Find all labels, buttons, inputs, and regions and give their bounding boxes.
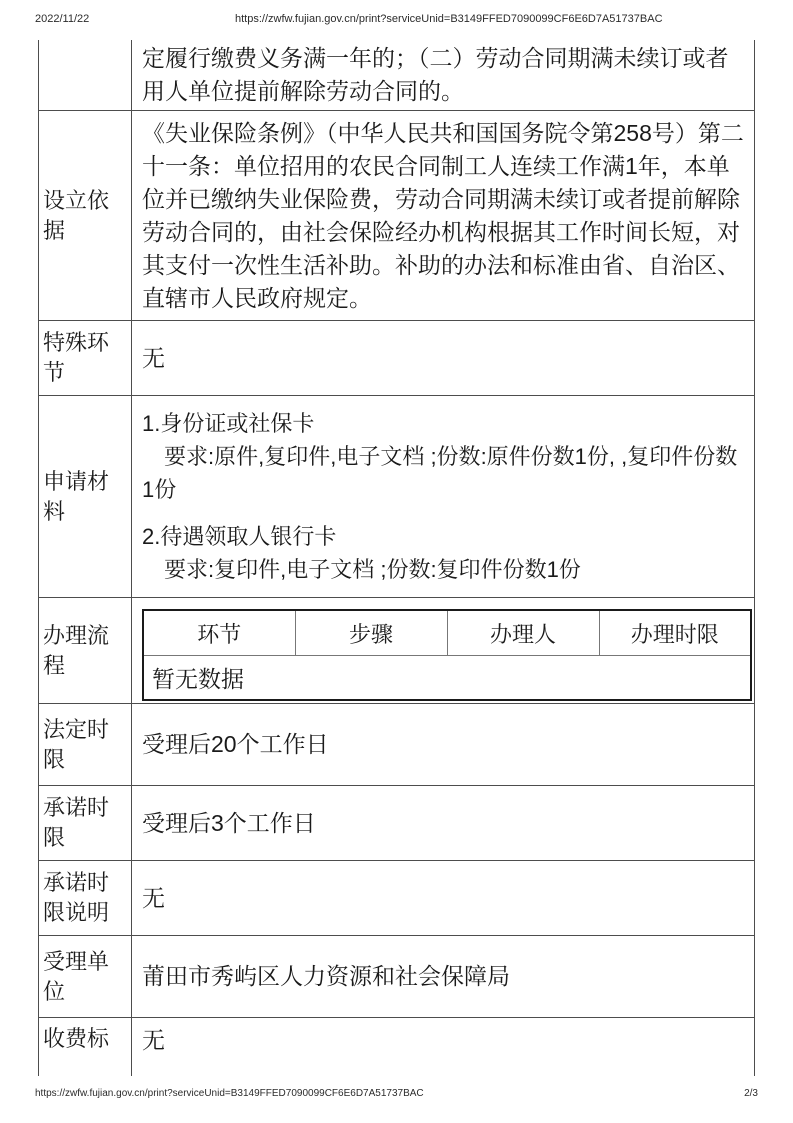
row-label-legal-basis: 设立依据 [39,111,132,321]
print-url-footer: https://zwfw.fujian.gov.cn/print?service… [35,1088,424,1099]
row-label-accepting-authority: 受理单位 [39,936,132,1018]
table-row-fee-standard: 收费标准 无 [39,1018,755,1076]
row-value-statutory-time-limit: 受理后20个工作日 [132,704,755,786]
service-detail-table: 定履行缴费义务满一年的；（二）劳动合同期满未续订或者用人单位提前解除劳动合同的。… [38,40,755,1076]
row-value-legal-basis: 《失业保险条例》（中华人民共和国国务院令第258号）第二十一条：单位招用的农民合… [132,111,755,321]
row-label-application-materials: 申请材料 [39,396,132,598]
row-value-application-materials: 1.身份证或社保卡 要求:原件,复印件,电子文档 ;份数:原件份数1份, ,复印… [132,396,755,598]
table-row-statutory-time-limit: 法定时限 受理后20个工作日 [39,704,755,786]
material-requirement: 要求:复印件,电子文档 ;份数:复印件份数1份 [142,553,746,586]
flow-header-step: 环节 [143,610,295,656]
process-flow-table: 环节 步骤 办理人 办理时限 暂无数据 [142,609,752,701]
row-label-special-procedure: 特殊环节 [39,321,132,396]
table-row-special-procedure: 特殊环节 无 [39,321,755,396]
flow-header-procedure: 步骤 [295,610,447,656]
row-value-continued-text: 定履行缴费义务满一年的；（二）劳动合同期满未续订或者用人单位提前解除劳动合同的。 [132,40,755,111]
flow-header-handler: 办理人 [447,610,599,656]
table-row-continued: 定履行缴费义务满一年的；（二）劳动合同期满未续订或者用人单位提前解除劳动合同的。 [39,40,755,111]
printed-page: 2022/11/22 https://zwfw.fujian.gov.cn/pr… [0,0,793,1123]
page-number: 2/3 [744,1088,758,1099]
row-label-promised-time-limit-note: 承诺时限说明 [39,861,132,936]
material-name: 2.待遇领取人银行卡 [142,520,746,553]
table-row-legal-basis: 设立依据 《失业保险条例》（中华人民共和国国务院令第258号）第二十一条：单位招… [39,111,755,321]
material-item: 1.身份证或社保卡 要求:原件,复印件,电子文档 ;份数:原件份数1份, ,复印… [142,407,746,506]
table-row-process-flow: 办理流程 环节 步骤 办理人 办理时限 暂无数据 [39,598,755,704]
table-row-application-materials: 申请材料 1.身份证或社保卡 要求:原件,复印件,电子文档 ;份数:原件份数1份… [39,396,755,598]
print-date: 2022/11/22 [35,13,89,25]
row-value-promised-time-limit: 受理后3个工作日 [132,786,755,861]
row-value-promised-time-limit-note: 无 [132,861,755,936]
flow-header-time-limit: 办理时限 [599,610,751,656]
row-label-statutory-time-limit: 法定时限 [39,704,132,786]
print-header: 2022/11/22 https://zwfw.fujian.gov.cn/pr… [0,13,793,29]
material-name: 1.身份证或社保卡 [142,407,746,440]
row-value-special-procedure: 无 [132,321,755,396]
row-label-fee-standard: 收费标准 [39,1018,132,1076]
row-label-empty [39,40,132,111]
material-requirement: 要求:原件,复印件,电子文档 ;份数:原件份数1份, ,复印件份数1份 [142,440,746,506]
table-row-promised-time-limit: 承诺时限 受理后3个工作日 [39,786,755,861]
table-row-promised-time-limit-note: 承诺时限说明 无 [39,861,755,936]
row-value-fee-standard: 无 [132,1018,755,1076]
row-label-fee-standard-text: 收费标准 [43,1024,129,1054]
print-url-header: https://zwfw.fujian.gov.cn/print?service… [235,13,663,25]
flow-empty-text: 暂无数据 [143,656,751,701]
row-value-accepting-authority: 莆田市秀屿区人力资源和社会保障局 [132,936,755,1018]
flow-header-row: 环节 步骤 办理人 办理时限 [143,610,751,656]
row-value-process-flow: 环节 步骤 办理人 办理时限 暂无数据 [132,598,755,704]
print-footer: https://zwfw.fujian.gov.cn/print?service… [0,1088,793,1102]
flow-empty-row: 暂无数据 [143,656,751,701]
material-item: 2.待遇领取人银行卡 要求:复印件,电子文档 ;份数:复印件份数1份 [142,520,746,586]
table-row-accepting-authority: 受理单位 莆田市秀屿区人力资源和社会保障局 [39,936,755,1018]
row-label-promised-time-limit: 承诺时限 [39,786,132,861]
row-label-process-flow: 办理流程 [39,598,132,704]
